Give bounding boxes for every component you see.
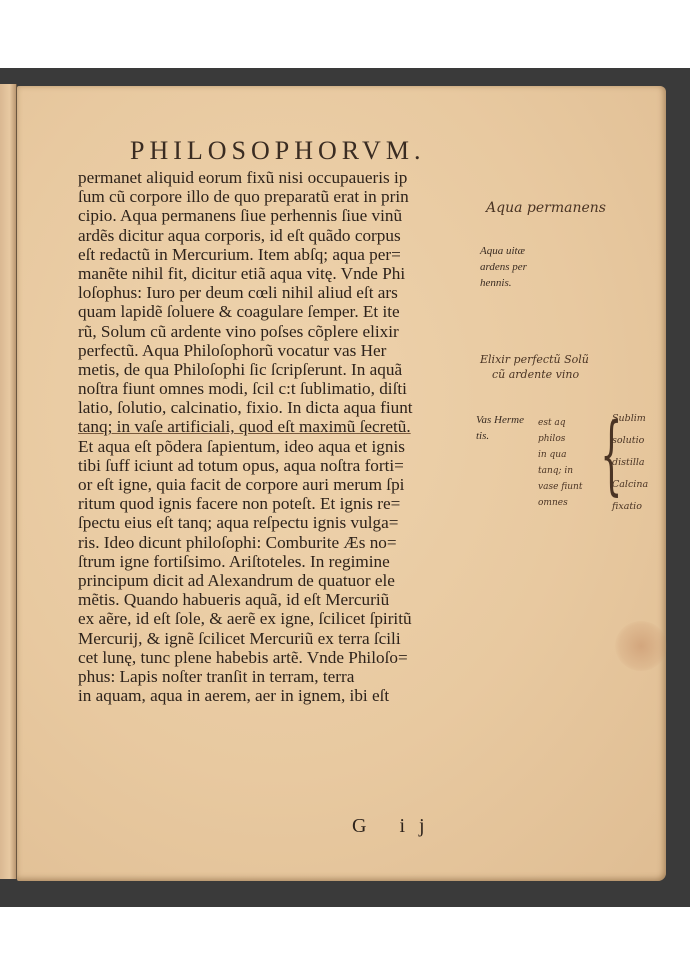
note-line: Calcina: [612, 474, 648, 496]
handwritten-note-vessel: est aq philos in qua tanq; in vase fiunt…: [538, 415, 582, 511]
text-line: permanet aliquid eorum fixũ nisi occupau…: [78, 168, 478, 187]
text-line: perfectũ. Aqua Philoſophorũ vocatur vas …: [78, 341, 478, 360]
note-line: est aq: [538, 415, 582, 431]
text-line: manẽte nihil fit, dicitur etiã aqua vitę…: [78, 264, 478, 283]
foxing-stain: [615, 621, 667, 671]
text-line: or eſt igne, quia facit de corpore auri …: [78, 475, 478, 494]
text-line: ardẽs dicitur aqua corporis, id eſt quãd…: [78, 226, 478, 245]
text-line: ritum quod ignis facere non poteſt. Et i…: [78, 494, 478, 513]
text-line: cet lunę, tunc plene habebis artẽ. Vnde …: [78, 648, 478, 667]
note-line: tis.: [476, 428, 524, 444]
text-line: Mercurij, & ignẽ ſcilicet Mercuriũ ex te…: [78, 629, 478, 648]
note-line: hennis.: [480, 275, 527, 291]
text-line: ſtrum igne fortiſsimo. Ariſtoteles. In r…: [78, 552, 478, 571]
text-line: eſt redactũ in Mercurium. Item abſq; aqu…: [78, 245, 478, 264]
printed-marginal-note-aqua-vitae: Aqua uitæ ardens per hennis.: [480, 243, 527, 291]
text-line: cipio. Aqua permanens ſiue perhennis ſiu…: [78, 206, 478, 225]
note-line: Sublim: [612, 408, 648, 430]
text-line: tanq; in vaſe artificiali, quod eſt maxi…: [78, 417, 478, 436]
text-line: rũ, Solum cũ ardente vino poſses cõplere…: [78, 322, 478, 341]
text-line: ſum cũ corpore illo de quo preparatũ era…: [78, 187, 478, 206]
text-line: latio, ſolutio, calcinatio, fixio. In di…: [78, 398, 478, 417]
note-line: Aqua uitæ: [480, 243, 527, 259]
signature-mark: G ij: [352, 815, 439, 838]
printed-marginal-note-vas-hermetis: Vas Herme tis.: [476, 412, 524, 444]
note-line: distilla: [612, 452, 648, 474]
note-line: ardens per: [480, 259, 527, 275]
facing-page-edge: [0, 84, 17, 879]
note-line: omnes: [538, 495, 582, 511]
text-line: tibi ſuff iciunt ad totum opus, aqua noſ…: [78, 456, 478, 475]
text-line: ex aẽre, id eſt ſole, & aerẽ ex igne, ſc…: [78, 609, 478, 628]
note-line: fixatio: [612, 496, 648, 518]
note-line: solutio: [612, 430, 648, 452]
handwritten-note-aqua-permanens: Aqua permanens: [486, 200, 606, 216]
handwritten-note-elixir: Elixir perfectũ Solũ cũ ardente vino: [480, 352, 589, 382]
text-line: mẽtis. Quando habueris aquã, id eſt Merc…: [78, 590, 478, 609]
text-line: metis, de qua Philoſophi ſic ſcripſerunt…: [78, 360, 478, 379]
note-line: philos: [538, 431, 582, 447]
note-line: tanq; in: [538, 463, 582, 479]
text-line: quam lapidẽ ſoluere & coagulare ſemper. …: [78, 302, 478, 321]
text-line: ris. Ideo dicunt philoſophi: Comburite Æ…: [78, 533, 478, 552]
text-line: phus: Lapis noſter tranſit in terram, te…: [78, 667, 478, 686]
text-line: Et aqua eſt põdera ſapientum, ideo aqua …: [78, 437, 478, 456]
handwritten-note-operations: Sublim solutio distilla Calcina fixatio: [612, 408, 648, 518]
text-line: ſpectu eius eſt tanq; aqua reſpectu igni…: [78, 513, 478, 532]
note-line: vase fiunt: [538, 479, 582, 495]
text-line: in aquam, aqua in aerem, aer in ignem, i…: [78, 686, 478, 705]
note-line: Elixir perfectũ Solũ: [480, 352, 589, 367]
note-line: in qua: [538, 447, 582, 463]
text-line: noſtra fiunt omnes modi, ſcil c:t ſublim…: [78, 379, 478, 398]
text-line: loſophus: Iuro per deum cœli nihil aliud…: [78, 283, 478, 302]
text-line: principum dicit ad Alexandrum de quatuor…: [78, 571, 478, 590]
running-head: PHILOSOPHORVM.: [130, 136, 425, 166]
body-text: permanet aliquid eorum fixũ nisi occupau…: [78, 168, 478, 705]
note-line: cũ ardente vino: [480, 367, 589, 382]
note-line: Vas Herme: [476, 412, 524, 428]
